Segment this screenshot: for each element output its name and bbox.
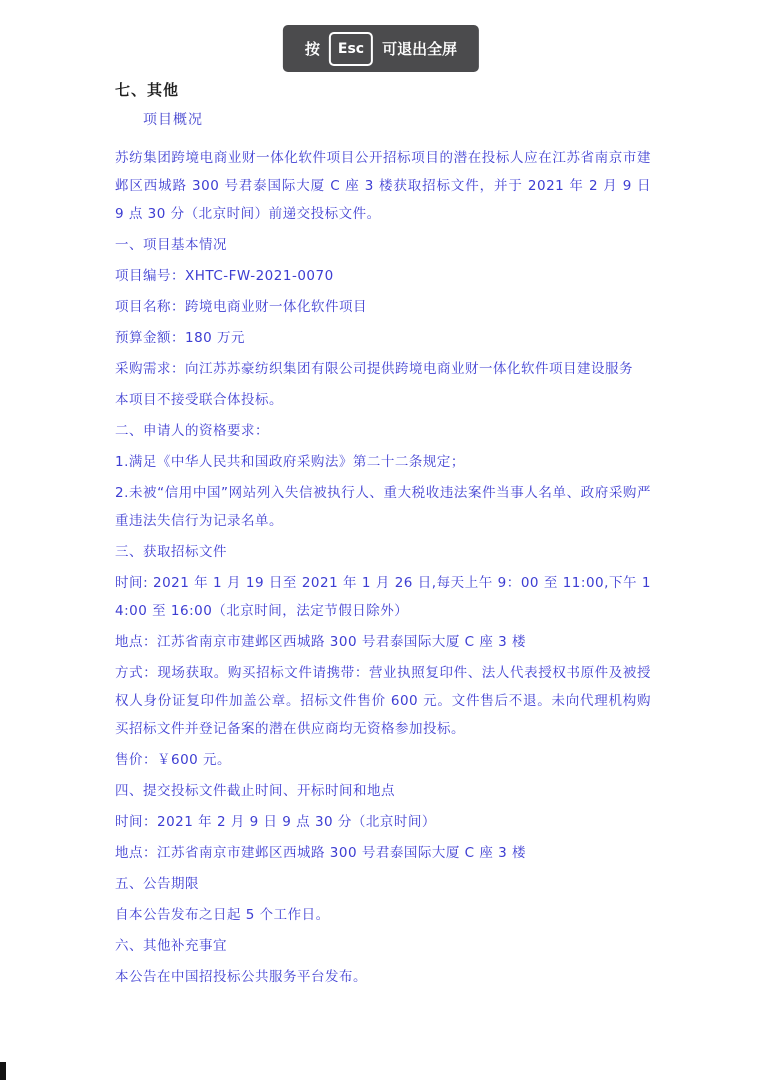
- tender-document: 七、其他 项目概况 苏纺集团跨境电商业财一体化软件项目公开招标项目的潜在投标人应…: [115, 80, 651, 994]
- paragraph: 四、提交投标文件截止时间、开标时间和地点: [115, 777, 651, 805]
- paragraph: 地点：江苏省南京市建邺区西城路 300 号君泰国际大厦 C 座 3 楼: [115, 628, 651, 656]
- paragraph: 五、公告期限: [115, 870, 651, 898]
- project-overview-link[interactable]: 项目概况: [143, 110, 203, 130]
- paragraph: 采购需求：向江苏苏豪纺织集团有限公司提供跨境电商业财一体化软件项目建设服务: [115, 355, 651, 383]
- esc-keycap: Esc: [329, 32, 373, 66]
- paragraph: 三、获取招标文件: [115, 538, 651, 566]
- toast-exit-label: 可退出全屏: [382, 38, 457, 59]
- document-paragraphs: 苏纺集团跨境电商业财一体化软件项目公开招标项目的潜在投标人应在江苏省南京市建邺区…: [115, 144, 651, 991]
- bottom-left-artifact: [0, 1062, 6, 1080]
- paragraph: 苏纺集团跨境电商业财一体化软件项目公开招标项目的潜在投标人应在江苏省南京市建邺区…: [115, 144, 651, 228]
- paragraph: 1.满足《中华人民共和国政府采购法》第二十二条规定；: [115, 448, 651, 476]
- paragraph: 项目编号：XHTC-FW-2021-0070: [115, 262, 651, 290]
- paragraph: 时间: 2021 年 1 月 19 日至 2021 年 1 月 26 日,每天上…: [115, 569, 651, 625]
- paragraph: 售价：￥600 元。: [115, 746, 651, 774]
- paragraph: 本项目不接受联合体投标。: [115, 386, 651, 414]
- paragraph: 本公告在中国招投标公共服务平台发布。: [115, 963, 651, 991]
- paragraph: 自本公告发布之日起 5 个工作日。: [115, 901, 651, 929]
- paragraph: 地点：江苏省南京市建邺区西城路 300 号君泰国际大厦 C 座 3 楼: [115, 839, 651, 867]
- paragraph: 项目名称：跨境电商业财一体化软件项目: [115, 293, 651, 321]
- section-heading: 七、其他: [115, 80, 651, 100]
- toast-press-label: 按: [305, 38, 320, 59]
- fullscreen-exit-toast: 按 Esc 可退出全屏: [283, 25, 479, 72]
- paragraph: 方式：现场获取。购买招标文件请携带：营业执照复印件、法人代表授权书原件及被授权人…: [115, 659, 651, 743]
- paragraph: 二、申请人的资格要求：: [115, 417, 651, 445]
- paragraph: 一、项目基本情况: [115, 231, 651, 259]
- paragraph: 时间：2021 年 2 月 9 日 9 点 30 分（北京时间）: [115, 808, 651, 836]
- paragraph: 六、其他补充事宜: [115, 932, 651, 960]
- paragraph: 预算金额：180 万元: [115, 324, 651, 352]
- paragraph: 2.未被“信用中国”网站列入失信被执行人、重大税收违法案件当事人名单、政府采购严…: [115, 479, 651, 535]
